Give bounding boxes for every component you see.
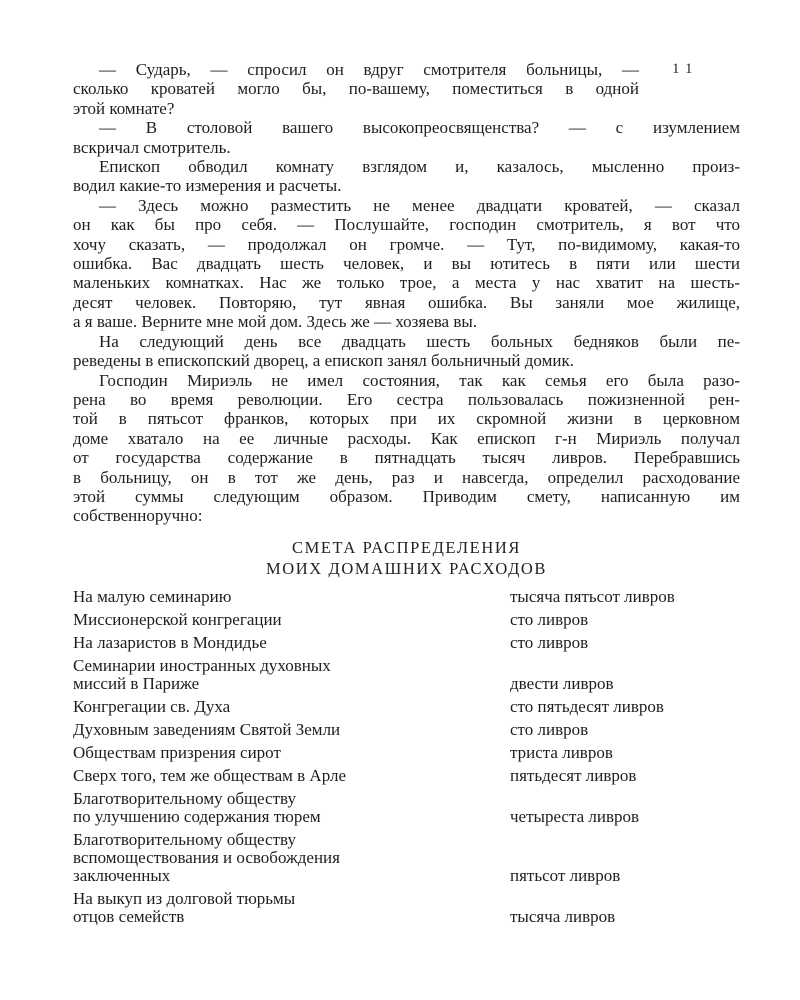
- budget-item-label: вспомоществования и освобождения: [73, 849, 503, 867]
- paragraph: — Сударь, — спросил он вдруг смотрителя …: [73, 60, 740, 118]
- text-line: водил какие-то измерения и расчеты.: [73, 176, 740, 195]
- budget-item-value: триста ливров: [510, 744, 613, 762]
- budget-item-value: сто ливров: [510, 634, 588, 652]
- text-line: Господин Мириэль не имел состояния, так …: [73, 371, 740, 390]
- book-page: 11 — Сударь, — спросил он вдруг смотрите…: [0, 0, 800, 1000]
- text-line: сколько кроватей могло бы, по-вашему, по…: [73, 79, 740, 98]
- budget-item-label: Сверх того, тем же обществам в Арле: [73, 767, 503, 785]
- page-content: — Сударь, — спросил он вдруг смотрителя …: [73, 60, 740, 931]
- text-line: вскричал смотритель.: [73, 138, 740, 157]
- budget-row: Конгрегации св. Духасто пятьдесят ливров: [73, 698, 740, 716]
- budget-item-label: отцов семейств: [73, 908, 503, 926]
- budget-row: Сверх того, тем же обществам в Арлепятьд…: [73, 767, 740, 785]
- budget-heading-line2: МОИХ ДОМАШНИХ РАСХОДОВ: [73, 558, 740, 579]
- text-line: той в пятьсот франков, которых при их ск…: [73, 409, 740, 428]
- budget-item-value: пятьдесят ливров: [510, 767, 636, 785]
- budget-item-label: Семинарии иностранных духовных: [73, 657, 503, 675]
- budget-item-value: тысяча пятьсот ливров: [510, 588, 675, 606]
- text-line: На следующий день все двадцать шесть бол…: [73, 332, 740, 351]
- paragraph: Епископ обводил комнату взглядом и, каза…: [73, 157, 740, 196]
- budget-item-label: На малую семинарию: [73, 588, 503, 606]
- budget-item-label: Благотворительному обществу: [73, 831, 503, 849]
- text-line: — Сударь, — спросил он вдруг смотрителя …: [73, 60, 740, 79]
- text-line: хочу сказать, — продолжал он громче. — Т…: [73, 235, 740, 254]
- budget-row: На выкуп из долговой тюрьмыотцов семейст…: [73, 890, 740, 926]
- budget-row: На малую семинариютысяча пятьсот ливров: [73, 588, 740, 606]
- budget-item-label: Духовным заведениям Святой Земли: [73, 721, 503, 739]
- text-line: от государства содержание в пятнадцать т…: [73, 448, 740, 467]
- budget-item-label: Обществам призрения сирот: [73, 744, 503, 762]
- budget-row: Обществам призрения сироттриста ливров: [73, 744, 740, 762]
- text-line: этой комнате?: [73, 99, 740, 118]
- text-line: он как бы про себя. — Послушайте, господ…: [73, 215, 740, 234]
- budget-item-label: по улучшению содержания тюрем: [73, 808, 503, 826]
- budget-item-label: Благотворительному обществу: [73, 790, 503, 808]
- text-line: в больницу, он в тот же день, раз и навс…: [73, 468, 740, 487]
- budget-row: Семинарии иностранных духовныхмиссий в П…: [73, 657, 740, 693]
- text-line: собственноручно:: [73, 506, 740, 525]
- budget-item-value: пятьсот ливров: [510, 867, 620, 885]
- paragraph: — Здесь можно разместить не менее двадца…: [73, 196, 740, 332]
- budget-row: Духовным заведениям Святой Землисто ливр…: [73, 721, 740, 739]
- budget-row: На лазаристов в Мондидьесто ливров: [73, 634, 740, 652]
- budget-item-label: Конгрегации св. Духа: [73, 698, 503, 716]
- text-line: реведены в епископский дворец, а епископ…: [73, 351, 740, 370]
- budget-item-label: Миссионерской конгрегации: [73, 611, 503, 629]
- budget-item-label: заключенных: [73, 867, 503, 885]
- budget-item-label: На лазаристов в Мондидье: [73, 634, 503, 652]
- text-line: десят человек. Повторяю, тут явная ошибк…: [73, 293, 740, 312]
- text-line: Епископ обводил комнату взглядом и, каза…: [73, 157, 740, 176]
- paragraph: Господин Мириэль не имел состояния, так …: [73, 371, 740, 526]
- body-text: — Сударь, — спросил он вдруг смотрителя …: [73, 60, 740, 526]
- text-line: ошибка. Вас двадцать шесть человек, и вы…: [73, 254, 740, 273]
- text-line: а я ваше. Верните мне мой дом. Здесь же …: [73, 312, 740, 331]
- budget-item-value: четыреста ливров: [510, 808, 639, 826]
- budget-list: На малую семинариютысяча пятьсот ливровМ…: [73, 588, 740, 926]
- text-line: — В столовой вашего высокопреосвященства…: [73, 118, 740, 137]
- budget-row: Благотворительному обществупо улучшению …: [73, 790, 740, 826]
- paragraph: На следующий день все двадцать шесть бол…: [73, 332, 740, 371]
- text-line: этой суммы следующим образом. Приводим с…: [73, 487, 740, 506]
- budget-heading-line1: СМЕТА РАСПРЕДЕЛЕНИЯ: [73, 537, 740, 558]
- paragraph: — В столовой вашего высокопреосвященства…: [73, 118, 740, 157]
- text-line: рена во время революции. Его сестра поль…: [73, 390, 740, 409]
- text-line: доме хватало на ее личные расходы. Как е…: [73, 429, 740, 448]
- budget-item-value: тысяча ливров: [510, 908, 615, 926]
- budget-item-value: сто ливров: [510, 721, 588, 739]
- budget-item-value: двести ливров: [510, 675, 614, 693]
- budget-item-label: На выкуп из долговой тюрьмы: [73, 890, 503, 908]
- budget-row: Благотворительному обществувспомоществов…: [73, 831, 740, 885]
- budget-row: Миссионерской конгрегациисто ливров: [73, 611, 740, 629]
- budget-item-value: сто пятьдесят ливров: [510, 698, 664, 716]
- text-line: — Здесь можно разместить не менее двадца…: [73, 196, 740, 215]
- budget-heading: СМЕТА РАСПРЕДЕЛЕНИЯ МОИХ ДОМАШНИХ РАСХОД…: [73, 537, 740, 579]
- budget-item-value: сто ливров: [510, 611, 588, 629]
- budget-item-label: миссий в Париже: [73, 675, 503, 693]
- text-line: маленьких комнатках. Нас же только трое,…: [73, 273, 740, 292]
